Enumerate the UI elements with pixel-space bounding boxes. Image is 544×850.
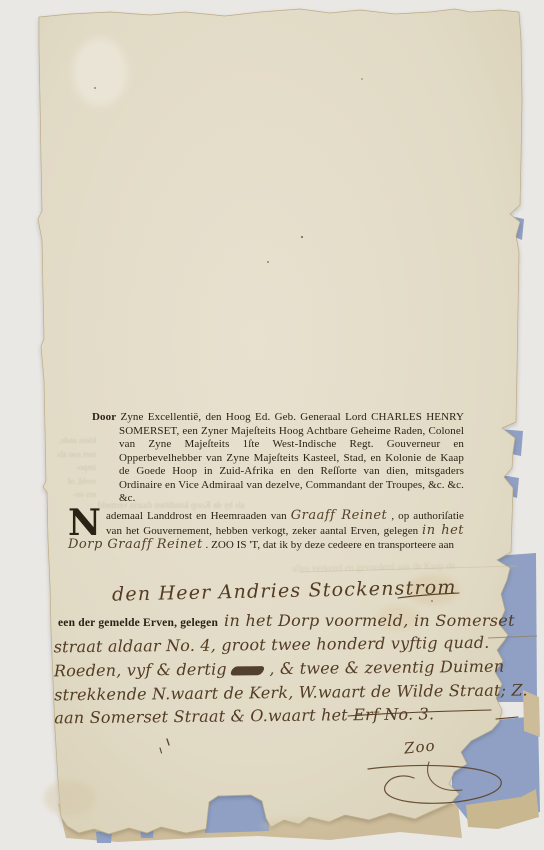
printed-body-paragraph: Nademaal Landdrost en Heemraaden van Gra…	[68, 509, 464, 553]
ink-blot	[230, 666, 266, 675]
manuscript-line-4: aan Somerset Straat & O.waart het Erf No…	[54, 702, 504, 731]
heading-text: Zyne Excellentië, den Hoog Ed. Geb. Gene…	[116, 411, 464, 504]
heading-lead-word: Door	[92, 411, 116, 423]
document-scan: klein ande, met zoo als impo- ereld, of …	[0, 0, 544, 850]
erf-description-line: een der gemelde Erven, gelegenin het Dor…	[58, 611, 515, 631]
body-segment-1: ademaal Landdrost en Heemraaden van	[106, 510, 291, 522]
body-segment-3: . ZOO IS 'T, dat ik by deze cedeere en t…	[203, 539, 454, 551]
printed-heading-paragraph: Door Zyne Excellentië, den Hoog Ed. Geb.…	[119, 411, 464, 506]
erf-printed-lead: een der gemelde Erven, gelegen	[58, 617, 218, 629]
dropcap-letter: N	[68, 509, 106, 536]
manuscript-line-2-pre: Roeden, vyf & dertig	[54, 659, 232, 680]
manuscript-line-2-post: , & twee & zeventig Duimen	[264, 656, 504, 678]
manuscript-description-block: straat aldaar No. 4, groot twee honderd …	[54, 631, 505, 731]
manuscript-erf-continuation: in het Dorp voormeld, in Somerset	[224, 611, 515, 630]
manuscript-district-name: Graaff Reinet	[291, 508, 388, 523]
catchword: Zoo	[403, 736, 436, 757]
